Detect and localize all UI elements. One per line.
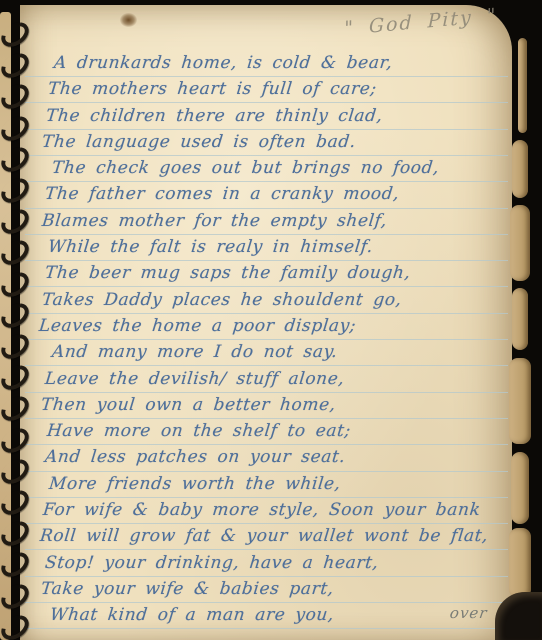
poem-line: What kind of a man are you, bbox=[33, 602, 512, 628]
poem-line: The children there are thinly clad, bbox=[33, 103, 512, 129]
edge-blob bbox=[518, 38, 527, 133]
over-annotation: over bbox=[449, 604, 489, 622]
poem-line: The mothers heart is full of care; bbox=[33, 76, 512, 102]
poem-line: For wife & baby more style, Soon your ba… bbox=[33, 497, 512, 523]
poem-line: The check goes out but brings no food, bbox=[33, 155, 512, 181]
notebook-page: " God Pity " A drunkards home, is cold &… bbox=[20, 5, 512, 640]
poem-line: Leave the devilish/ stuff alone, bbox=[33, 366, 512, 392]
poem-line: The beer mug saps the family dough, bbox=[33, 260, 512, 286]
poem-line: A drunkards home, is cold & bear, bbox=[33, 50, 512, 76]
poem-line: Roll will grow fat & your wallet wont be… bbox=[33, 523, 512, 549]
edge-blob bbox=[509, 358, 531, 444]
edge-blob bbox=[512, 288, 528, 350]
poem-line: And less patches on your seat. bbox=[33, 444, 512, 470]
poem-line: And many more I do not say. bbox=[33, 339, 512, 365]
edge-blob bbox=[512, 140, 528, 198]
stain bbox=[120, 13, 137, 27]
edge-blob bbox=[511, 452, 529, 524]
poem-line: The father comes in a cranky mood, bbox=[33, 181, 512, 207]
notebook-photo: " God Pity " A drunkards home, is cold &… bbox=[0, 0, 542, 640]
poem-line: More friends worth the while, bbox=[33, 471, 512, 497]
poem-line: Stop! your drinking, have a heart, bbox=[33, 550, 512, 576]
poem-line: Blames mother for the empty shelf, bbox=[33, 208, 512, 234]
poem-line: The language used is often bad. bbox=[33, 129, 512, 155]
edge-blob bbox=[510, 205, 530, 281]
poem-line: Have more on the shelf to eat; bbox=[33, 418, 512, 444]
edge-blob bbox=[509, 528, 531, 598]
title-annotation: " God Pity " bbox=[344, 4, 497, 40]
poem-text: A drunkards home, is cold & bear,The mot… bbox=[34, 50, 510, 629]
poem-line: Leaves the home a poor display; bbox=[33, 313, 512, 339]
poem-line: Then youl own a better home, bbox=[33, 392, 512, 418]
poem-line: Takes Daddy places he shouldent go, bbox=[33, 287, 512, 313]
poem-line: While the falt is realy in himself. bbox=[33, 234, 512, 260]
poem-line: Take your wife & babies part, bbox=[33, 576, 512, 602]
